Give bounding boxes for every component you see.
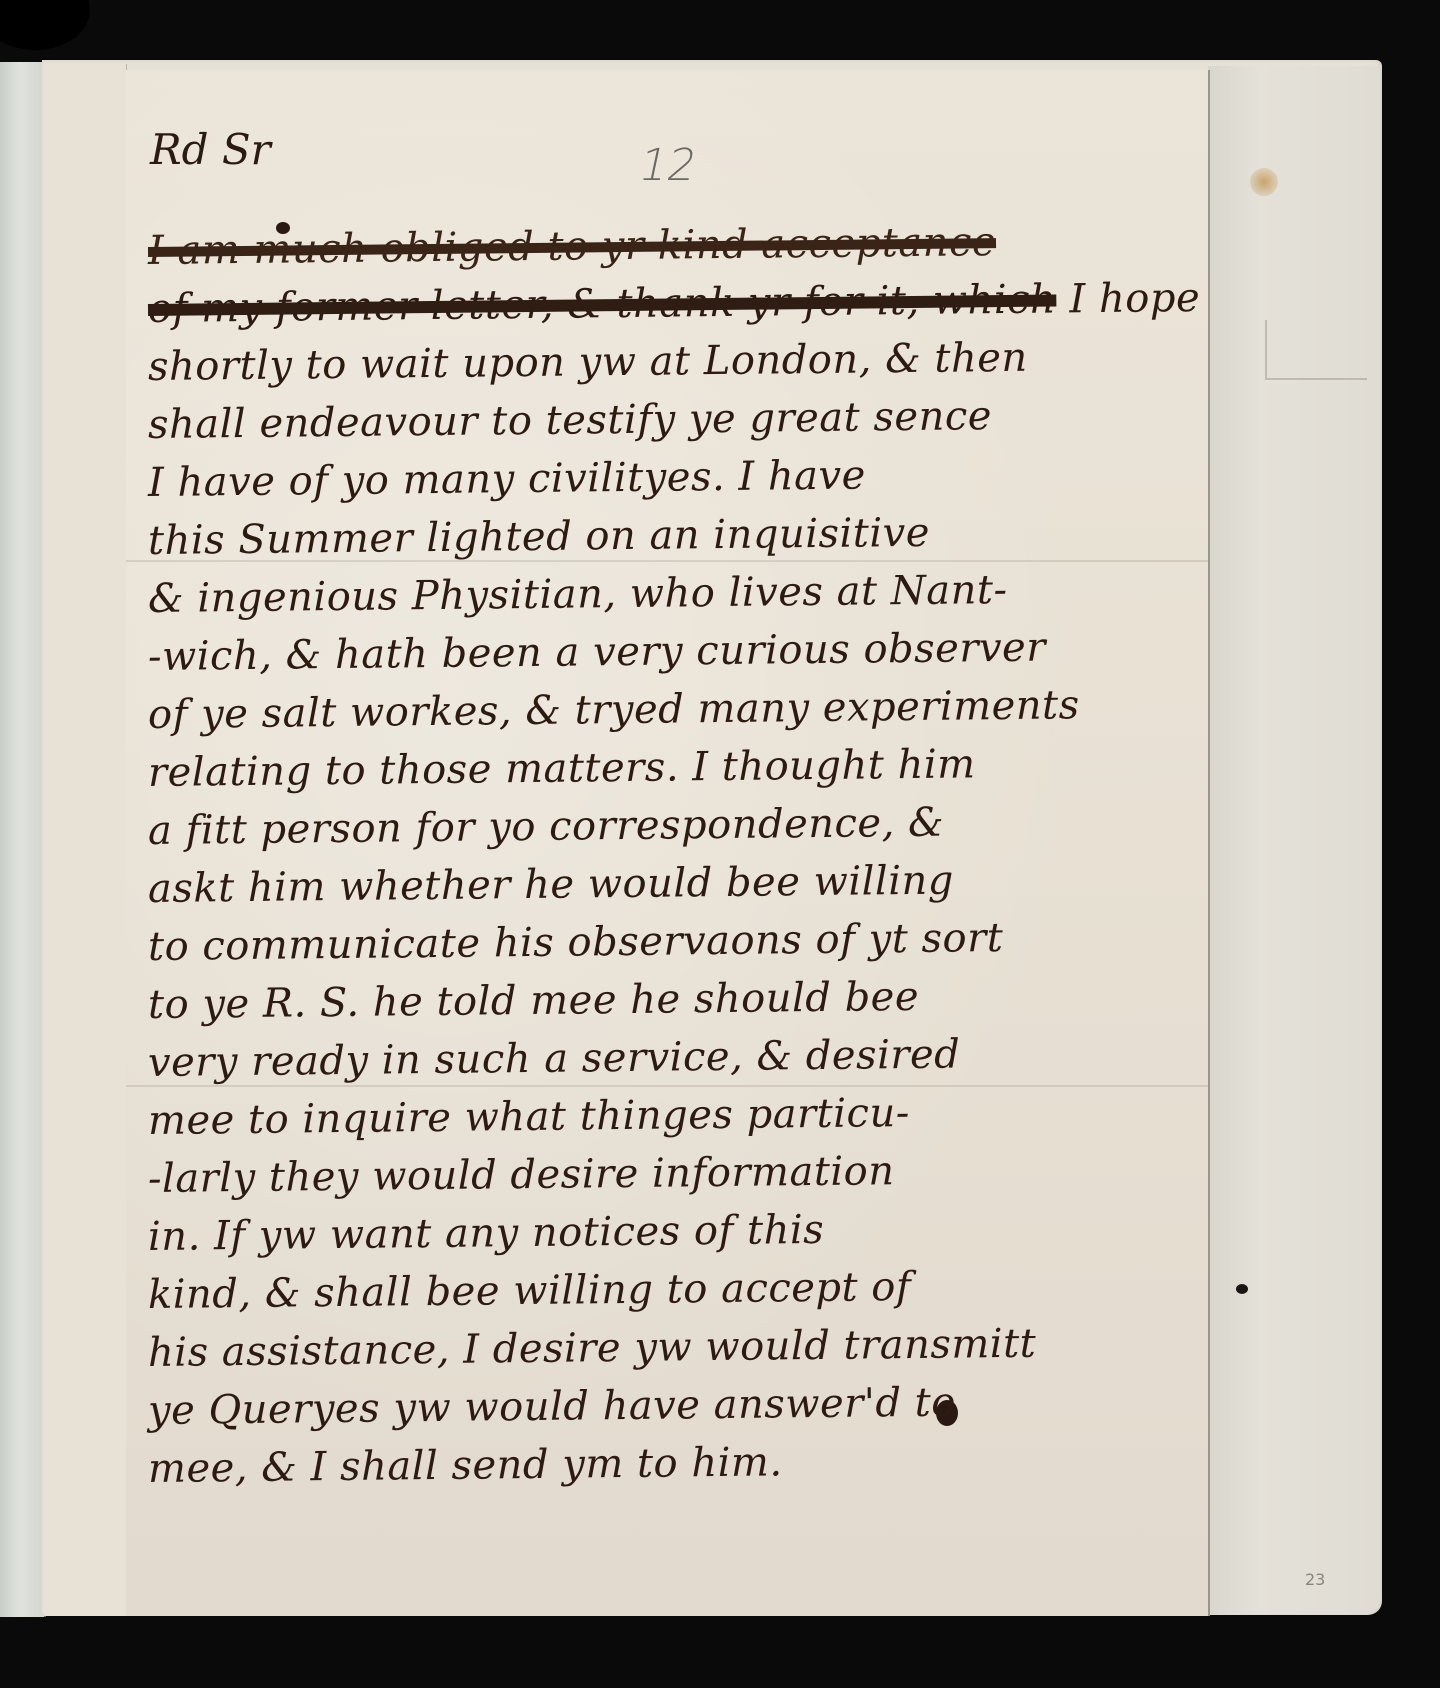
manuscript-line: his assistance, I desire yw would transm…	[148, 1313, 1189, 1382]
pencil-page-number: 12	[635, 140, 702, 191]
foxing-stain	[1250, 168, 1278, 196]
manuscript-line: -larly they would desire information	[148, 1139, 1189, 1208]
folded-right-flap	[1208, 66, 1380, 1614]
manuscript-line: & ingenious Physitian, who lives at Nant…	[148, 559, 1189, 628]
manuscript-line: to ye R. S. he told mee he should bee	[148, 965, 1189, 1034]
manuscript-line: to communicate his observaons of yt sort	[148, 907, 1189, 976]
manuscript-line: mee to inquire what thinges particu-	[148, 1081, 1189, 1150]
background-shadow	[0, 0, 90, 50]
manuscript-line: very ready in such a service, & desired	[148, 1023, 1189, 1092]
manuscript-line: shall endeavour to testify ye great senc…	[148, 385, 1189, 454]
manuscript-line: this Summer lighted on an inquisitive	[148, 501, 1189, 570]
manuscript-line: in. If yw want any notices of this	[148, 1197, 1189, 1266]
struck-line: I am much obliged to yr kind acceptance	[148, 211, 1189, 280]
manuscript-line: -wich, & hath been a very curious observ…	[148, 617, 1189, 686]
manuscript-line: of ye salt workes, & tryed many experime…	[148, 675, 1189, 744]
salutation: Rd Sr	[150, 125, 271, 174]
manuscript-line: a fitt person for yo correspondence, &	[148, 791, 1189, 860]
pencil-folio-number: 23	[1305, 1570, 1325, 1589]
manuscript-line: I have of yo many civilityes. I have	[148, 443, 1189, 512]
struck-text: of my former letter, & thank yr for it, …	[148, 276, 1057, 332]
manuscript-line: askt him whether he would bee willing	[148, 849, 1189, 918]
manuscript-line: ye Queryes yw would have answer'd to	[148, 1371, 1189, 1440]
fold-crease	[1265, 320, 1367, 380]
manuscript-line: kind, & shall bee willing to accept of	[148, 1255, 1189, 1324]
manuscript-line: of my former letter, & thank yr for it, …	[148, 269, 1189, 338]
manuscript-line: shortly to wait upon yw at London, & the…	[148, 327, 1189, 396]
manuscript-line: relating to those matters. I thought him	[148, 733, 1189, 802]
letter-body: I am much obliged to yr kind acceptance …	[148, 222, 1188, 1498]
paper-hole	[1236, 1284, 1248, 1294]
binding-guard-strip	[44, 64, 127, 1616]
line-text: I hope	[1056, 275, 1200, 323]
facing-page-edge	[0, 62, 46, 1617]
manuscript-line: mee, & I shall send ym to him.	[148, 1429, 1189, 1498]
